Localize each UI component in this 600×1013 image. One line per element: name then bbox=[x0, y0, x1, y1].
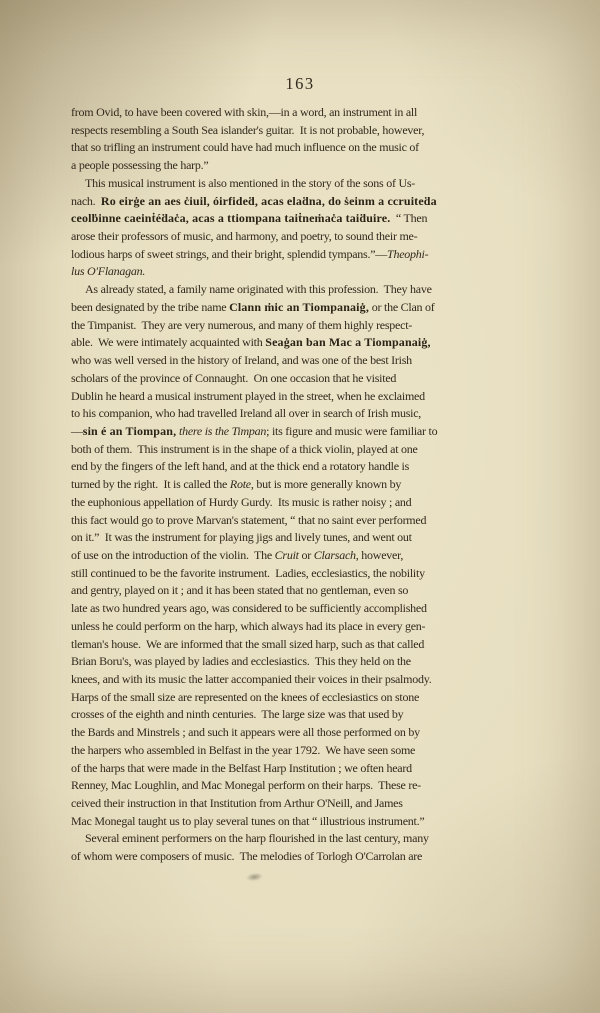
text-line: Mac Monegal taught us to play several tu… bbox=[71, 813, 531, 831]
text-line: lodious harps of sweet strings, and thei… bbox=[71, 246, 531, 264]
text-run: or the Clan of bbox=[369, 300, 435, 314]
italic-text-run: lus O'Flanagan. bbox=[71, 264, 145, 278]
text-run: the Bards and Minstrels ; and such it ap… bbox=[71, 725, 420, 739]
text-line: end by the fingers of the left hand, and… bbox=[71, 458, 531, 476]
text-line: of the harps that were made in the Belfa… bbox=[71, 760, 531, 778]
text-run: arose their professors of music, and har… bbox=[71, 229, 417, 243]
text-run: or bbox=[299, 548, 314, 562]
gaelic-text-run: ceolḃinne caeinṫéḋaċa, acas a ttiompana … bbox=[71, 211, 390, 225]
gaelic-text-run: sin é an Tiompan, bbox=[83, 424, 176, 438]
text-run: from Ovid, to have been covered with ski… bbox=[71, 105, 417, 119]
text-run: the euphonious appellation of Hurdy Gurd… bbox=[71, 495, 411, 509]
italic-text-run: Theophi- bbox=[387, 247, 428, 261]
text-run: respects resembling a South Sea islander… bbox=[71, 123, 424, 137]
text-line: Several eminent performers on the harp f… bbox=[71, 830, 531, 848]
text-line: the harpers who assembled in Belfast in … bbox=[71, 742, 531, 760]
text-run: this fact would go to prove Marvan's sta… bbox=[71, 513, 426, 527]
text-run: crosses of the eighth and ninth centurie… bbox=[71, 707, 403, 721]
italic-text-run: Clarsach bbox=[314, 548, 356, 562]
text-line: still continued to be the favorite instr… bbox=[71, 565, 531, 583]
gaelic-text-run: Ro eirġe an aes ċiuil, óirfideḋ, acas el… bbox=[101, 194, 437, 208]
text-run: “ Then bbox=[390, 211, 427, 225]
text-run: the harpers who assembled in Belfast in … bbox=[71, 743, 415, 757]
text-run: Renney, Mac Loughlin, and Mac Monegal pe… bbox=[71, 778, 421, 792]
text-run: of the harps that were made in the Belfa… bbox=[71, 761, 412, 775]
text-line: lus O'Flanagan. bbox=[71, 263, 531, 281]
text-run: that so trifling an instrument could hav… bbox=[71, 140, 419, 154]
italic-text-run: there is the Timpan bbox=[176, 424, 266, 438]
italic-text-run: Rote bbox=[230, 477, 251, 491]
text-line: this fact would go to prove Marvan's sta… bbox=[71, 512, 531, 530]
text-run: , however, bbox=[356, 548, 403, 562]
text-line: of use on the introduction of the violin… bbox=[71, 547, 531, 565]
text-run: Mac Monegal taught us to play several tu… bbox=[71, 814, 424, 828]
text-run: tleman's house. We are informed that the… bbox=[71, 637, 424, 651]
text-line: from Ovid, to have been covered with ski… bbox=[71, 104, 531, 122]
page-number: 163 bbox=[0, 74, 600, 94]
text-line: knees, and with its music the latter acc… bbox=[71, 671, 531, 689]
text-line: Brian Boru's, was played by ladies and e… bbox=[71, 653, 531, 671]
text-run: able. We were intimately acquainted with bbox=[71, 335, 265, 349]
text-run: Several eminent performers on the harp f… bbox=[85, 831, 429, 845]
text-line: on it.” It was the instrument for playin… bbox=[71, 529, 531, 547]
text-line: a people possessing the harp.” bbox=[71, 157, 531, 175]
text-run: lodious harps of sweet strings, and thei… bbox=[71, 247, 387, 261]
text-run: of use on the introduction of the violin… bbox=[71, 548, 275, 562]
text-line: late as two hundred years ago, was consi… bbox=[71, 600, 531, 618]
text-line: As already stated, a family name origina… bbox=[71, 281, 531, 299]
text-line: able. We were intimately acquainted with… bbox=[71, 334, 531, 352]
text-line: turned by the right. It is called the Ro… bbox=[71, 476, 531, 494]
text-run: Brian Boru's, was played by ladies and e… bbox=[71, 654, 411, 668]
text-run: still continued to be the favorite instr… bbox=[71, 566, 425, 580]
text-run: Dublin he heard a musical instrument pla… bbox=[71, 389, 425, 403]
text-run: on it.” It was the instrument for playin… bbox=[71, 530, 412, 544]
text-run: been designated by the tribe name bbox=[71, 300, 229, 314]
italic-text-run: Cruit bbox=[275, 548, 299, 562]
text-line: of whom were composers of music. The mel… bbox=[71, 848, 531, 866]
text-line: Harps of the small size are represented … bbox=[71, 689, 531, 707]
text-line: scholars of the province of Connaught. O… bbox=[71, 370, 531, 388]
text-run: and gentry, played on it ; and it has be… bbox=[71, 583, 408, 597]
text-line: —sin é an Tiompan, there is the Timpan; … bbox=[71, 423, 531, 441]
text-run: Harps of the small size are represented … bbox=[71, 690, 419, 704]
text-run: nach. bbox=[71, 194, 101, 208]
text-line: This musical instrument is also mentione… bbox=[71, 175, 531, 193]
text-line: tleman's house. We are informed that the… bbox=[71, 636, 531, 654]
text-run: a people possessing the harp.” bbox=[71, 158, 208, 172]
text-line: who was well versed in the history of Ir… bbox=[71, 352, 531, 370]
gaelic-text-run: Clann ṁic an Tiompanaiġ, bbox=[229, 300, 369, 314]
text-line: that so trifling an instrument could hav… bbox=[71, 139, 531, 157]
book-page: 163 from Ovid, to have been covered with… bbox=[0, 0, 600, 1013]
text-line: ceolḃinne caeinṫéḋaċa, acas a ttiompana … bbox=[71, 210, 531, 228]
text-run: — bbox=[71, 424, 83, 438]
text-run: late as two hundred years ago, was consi… bbox=[71, 601, 427, 615]
text-run: turned by the right. It is called the bbox=[71, 477, 230, 491]
text-line: Dublin he heard a musical instrument pla… bbox=[71, 388, 531, 406]
text-line: nach. Ro eirġe an aes ċiuil, óirfideḋ, a… bbox=[71, 193, 531, 211]
text-line: been designated by the tribe name Clann … bbox=[71, 299, 531, 317]
text-line: the Bards and Minstrels ; and such it ap… bbox=[71, 724, 531, 742]
text-block: from Ovid, to have been covered with ski… bbox=[71, 104, 531, 866]
text-line: both of them. This instrument is in the … bbox=[71, 441, 531, 459]
text-run: scholars of the province of Connaught. O… bbox=[71, 371, 396, 385]
text-line: the Timpanist. They are very numerous, a… bbox=[71, 317, 531, 335]
text-run: to his companion, who had travelled Irel… bbox=[71, 406, 421, 420]
text-run: who was well versed in the history of Ir… bbox=[71, 353, 412, 367]
ink-smudge-artifact bbox=[246, 872, 264, 882]
text-line: Renney, Mac Loughlin, and Mac Monegal pe… bbox=[71, 777, 531, 795]
text-run: both of them. This instrument is in the … bbox=[71, 442, 418, 456]
text-run: ; its figure and music were familiar to bbox=[266, 424, 437, 438]
text-line: the euphonious appellation of Hurdy Gurd… bbox=[71, 494, 531, 512]
text-line: to his companion, who had travelled Irel… bbox=[71, 405, 531, 423]
text-line: ceived their instruction in that Institu… bbox=[71, 795, 531, 813]
text-run: As already stated, a family name origina… bbox=[85, 282, 432, 296]
text-line: crosses of the eighth and ninth centurie… bbox=[71, 706, 531, 724]
text-run: of whom were composers of music. The mel… bbox=[71, 849, 422, 863]
text-line: respects resembling a South Sea islander… bbox=[71, 122, 531, 140]
gaelic-text-run: Seaġan ban Mac a Tiompanaiġ, bbox=[265, 335, 430, 349]
text-run: This musical instrument is also mentione… bbox=[85, 176, 415, 190]
text-run: knees, and with its music the latter acc… bbox=[71, 672, 431, 686]
text-run: end by the fingers of the left hand, and… bbox=[71, 459, 409, 473]
text-run: , but is more generally known by bbox=[251, 477, 401, 491]
text-run: unless he could perform on the harp, whi… bbox=[71, 619, 425, 633]
text-line: arose their professors of music, and har… bbox=[71, 228, 531, 246]
text-run: ceived their instruction in that Institu… bbox=[71, 796, 403, 810]
text-line: unless he could perform on the harp, whi… bbox=[71, 618, 531, 636]
text-run: the Timpanist. They are very numerous, a… bbox=[71, 318, 412, 332]
text-line: and gentry, played on it ; and it has be… bbox=[71, 582, 531, 600]
